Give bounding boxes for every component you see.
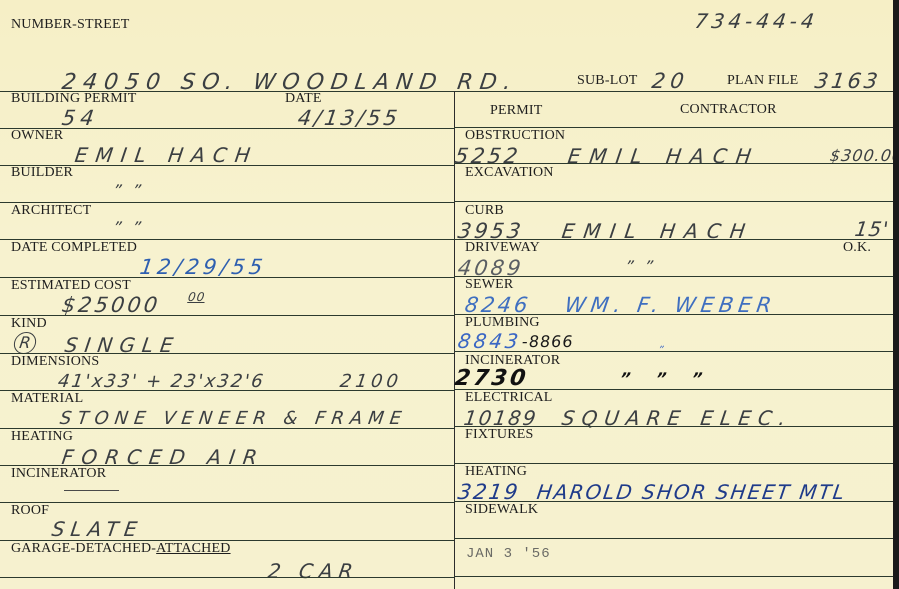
building-permit-label: BUILDING PERMIT [11,92,137,106]
building-permit-value: 54 [60,107,100,129]
heating-contractor: HAROLD SHOR SHEET MTL [535,481,847,503]
incinerator-blank-mark [64,490,119,491]
plumbing-permit-extra: -8866 [520,331,575,353]
garage-value: 2 CAR [266,560,360,582]
material-label: MATERIAL [11,392,83,406]
builder-value: ” ” [111,180,145,202]
heating-permit-label: HEATING [465,465,527,479]
fixtures-label: FIXTURES [465,428,534,442]
driveway-label: DRIVEWAY [465,241,540,255]
sub-lot-value: 20 [650,70,690,92]
driveway-ok-note: O.K. [843,241,871,255]
divider [0,315,454,316]
divider [454,163,896,164]
divider [0,128,454,129]
garage-label: GARAGE-DETACHED-ATTACHED [11,542,231,556]
garage-label-prefix: GARAGE-DETACHED- [11,541,156,556]
obstruction-label: OBSTRUCTION [465,129,565,143]
material-value: STONE VENEER & FRAME [58,408,408,430]
curb-length: 15' [853,218,890,240]
date-label: DATE [285,92,322,106]
incinerator-label: INCINERATOR [11,467,106,481]
roof-label: ROOF [11,504,49,518]
plan-file-label: PLAN FILE [727,74,798,88]
estimated-cost-cents: 00 [186,286,206,308]
kind-label: KIND [11,317,47,331]
owner-value: EMIL HACH [73,144,259,166]
sidewalk-label: SIDEWALK [465,503,538,517]
incinerator-permit: 2730 [453,368,529,390]
plumbing-label: PLUMBING [465,316,540,330]
sewer-permit: 8246 [463,294,532,316]
incinerator-contractor: ” ” ” [618,368,713,390]
sewer-contractor: WM. F. WEBER [563,294,777,316]
card-edge [893,0,896,589]
divider [0,577,454,578]
estimated-cost-value: $25000 [60,294,161,316]
architect-value: ” ” [111,217,145,239]
architect-label: ARCHITECT [11,204,91,218]
divider [454,351,896,352]
date-completed-label: DATE COMPLETED [11,241,137,255]
divider [454,276,896,277]
card-id: 734-44-4 [693,10,819,32]
divider [454,201,896,202]
sub-lot-label: SUB-LOT [577,74,638,88]
divider [0,502,454,503]
owner-label: OWNER [11,129,63,143]
permit-column-header: PERMIT [490,104,543,118]
excavation-label: EXCAVATION [465,166,554,180]
divider [454,538,896,539]
heating-permit: 3219 [456,481,521,503]
garage-label-attached: ATTACHED [156,541,230,556]
plumbing-permit: 8843 [456,330,522,352]
dimensions-label: DIMENSIONS [11,355,99,369]
curb-label: CURB [465,204,504,218]
driveway-contractor: ” ” [623,256,657,278]
estimated-cost-label: ESTIMATED COST [11,279,131,293]
number-street-label: NUMBER-STREET [11,18,130,32]
contractor-column-header: CONTRACTOR [680,103,777,117]
divider [454,576,896,577]
received-date-stamp: JAN 3 '56 [466,546,551,562]
building-record-card: 734-44-4 NUMBER-STREET 24050 SO. WOODLAN… [0,0,896,589]
date-value: 4/13/55 [296,107,401,129]
builder-label: BUILDER [11,166,73,180]
roof-value: SLATE [50,518,144,540]
electrical-label: ELECTRICAL [465,391,553,405]
date-completed-value: 12/29/55 [138,256,267,278]
plan-file-value: 3163 [813,70,882,92]
kind-circled-code: R [12,332,37,354]
sewer-label: SEWER [465,278,513,292]
heating-label: HEATING [11,430,73,444]
